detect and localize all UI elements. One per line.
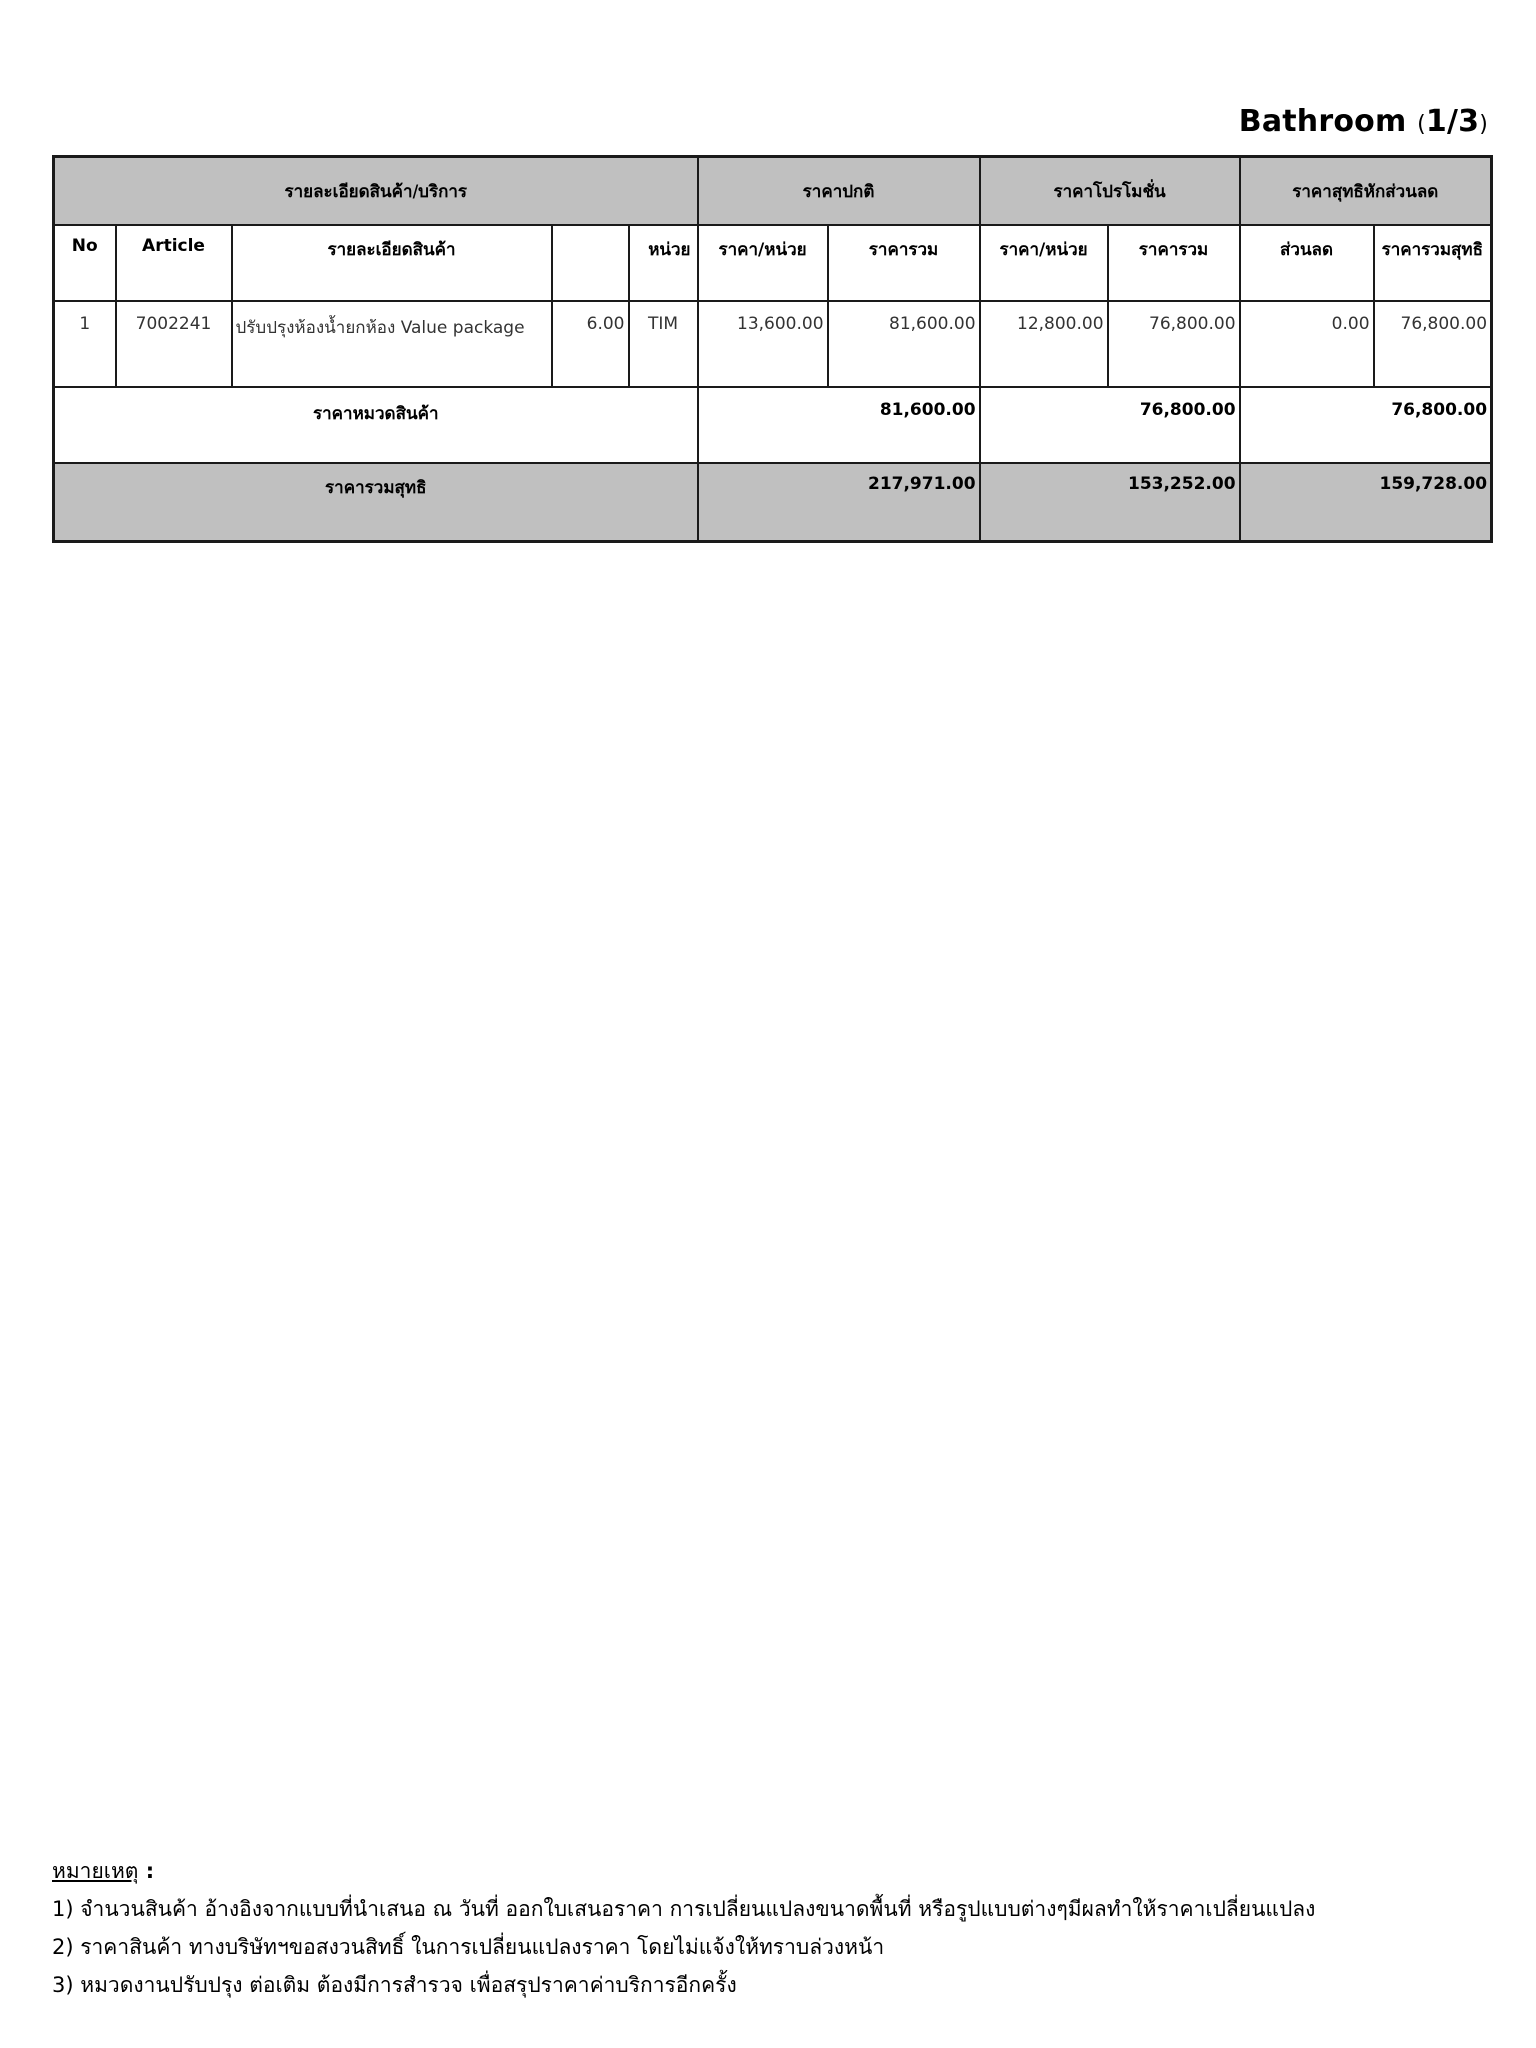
note-item-3: 3) หมวดงานปรับปรุง ต่อเติม ต้องมีการสำรว…: [52, 1966, 1315, 2004]
cell-description: ปรับปรุงห้องน้ำยกห้อง Value package: [232, 301, 552, 387]
col-header-discount: ส่วนลด: [1240, 225, 1374, 301]
cell-promo-total: 76,800.00: [1108, 301, 1240, 387]
category-subtotal-promo: 76,800.00: [980, 387, 1240, 463]
cell-promo-unit-price: 12,800.00: [980, 301, 1108, 387]
col-header-no: No: [54, 225, 116, 301]
cell-unit: TIM: [629, 301, 698, 387]
grand-total-label: ราคารวมสุทธิ: [54, 463, 698, 542]
column-header-row: No Article รายละเอียดสินค้า หน่วย ราคา/ห…: [54, 225, 1492, 301]
grand-total-promo: 153,252.00: [980, 463, 1240, 542]
category-subtotal-normal: 81,600.00: [698, 387, 980, 463]
col-header-net-total: ราคารวมสุทธิ: [1374, 225, 1492, 301]
cell-normal-total: 81,600.00: [828, 301, 980, 387]
notes-colon: :: [138, 1859, 154, 1883]
paren-close: ): [1479, 112, 1488, 137]
col-header-normal-unit-price: ราคา/หน่วย: [698, 225, 828, 301]
category-subtotal-label: ราคาหมวดสินค้า: [54, 387, 698, 463]
col-header-promo-total: ราคารวม: [1108, 225, 1240, 301]
notes-title: หมายเหตุ: [52, 1859, 138, 1883]
page-title: Bathroom (1/3): [1239, 104, 1488, 139]
cell-qty: 6.00: [552, 301, 629, 387]
col-header-normal-total: ราคารวม: [828, 225, 980, 301]
cell-discount: 0.00: [1240, 301, 1374, 387]
notes-section: หมายเหตุ : 1) จำนวนสินค้า อ้างอิงจากแบบท…: [52, 1852, 1315, 2004]
notes-heading: หมายเหตุ :: [52, 1852, 1315, 1890]
col-header-promo-unit-price: ราคา/หน่วย: [980, 225, 1108, 301]
cell-normal-unit-price: 13,600.00: [698, 301, 828, 387]
group-header-net-price: ราคาสุทธิหักส่วนลด: [1240, 157, 1492, 226]
col-header-article: Article: [116, 225, 232, 301]
page-indicator: 1/3: [1426, 104, 1479, 139]
page-title-text: Bathroom: [1239, 104, 1407, 139]
category-subtotal-row: ราคาหมวดสินค้า 81,600.00 76,800.00 76,80…: [54, 387, 1492, 463]
table-row: 1 7002241 ปรับปรุงห้องน้ำยกห้อง Value pa…: [54, 301, 1492, 387]
quotation-table: รายละเอียดสินค้า/บริการ ราคาปกติ ราคาโปร…: [52, 155, 1493, 543]
col-header-qty: [552, 225, 629, 301]
group-header-details: รายละเอียดสินค้า/บริการ: [54, 157, 698, 226]
group-header-promo-price: ราคาโปรโมชั่น: [980, 157, 1240, 226]
grand-total-net: 159,728.00: [1240, 463, 1492, 542]
note-item-2: 2) ราคาสินค้า ทางบริษัทฯขอสงวนสิทธิ์ ในก…: [52, 1928, 1315, 1966]
paren-open: (: [1417, 112, 1426, 137]
group-header-row: รายละเอียดสินค้า/บริการ ราคาปกติ ราคาโปร…: [54, 157, 1492, 226]
category-subtotal-net: 76,800.00: [1240, 387, 1492, 463]
grand-total-row: ราคารวมสุทธิ 217,971.00 153,252.00 159,7…: [54, 463, 1492, 542]
note-item-1: 1) จำนวนสินค้า อ้างอิงจากแบบที่นำเสนอ ณ …: [52, 1890, 1315, 1928]
cell-no: 1: [54, 301, 116, 387]
cell-article: 7002241: [116, 301, 232, 387]
grand-total-normal: 217,971.00: [698, 463, 980, 542]
cell-net-total: 76,800.00: [1374, 301, 1492, 387]
group-header-normal-price: ราคาปกติ: [698, 157, 980, 226]
col-header-unit: หน่วย: [629, 225, 698, 301]
col-header-description: รายละเอียดสินค้า: [232, 225, 552, 301]
